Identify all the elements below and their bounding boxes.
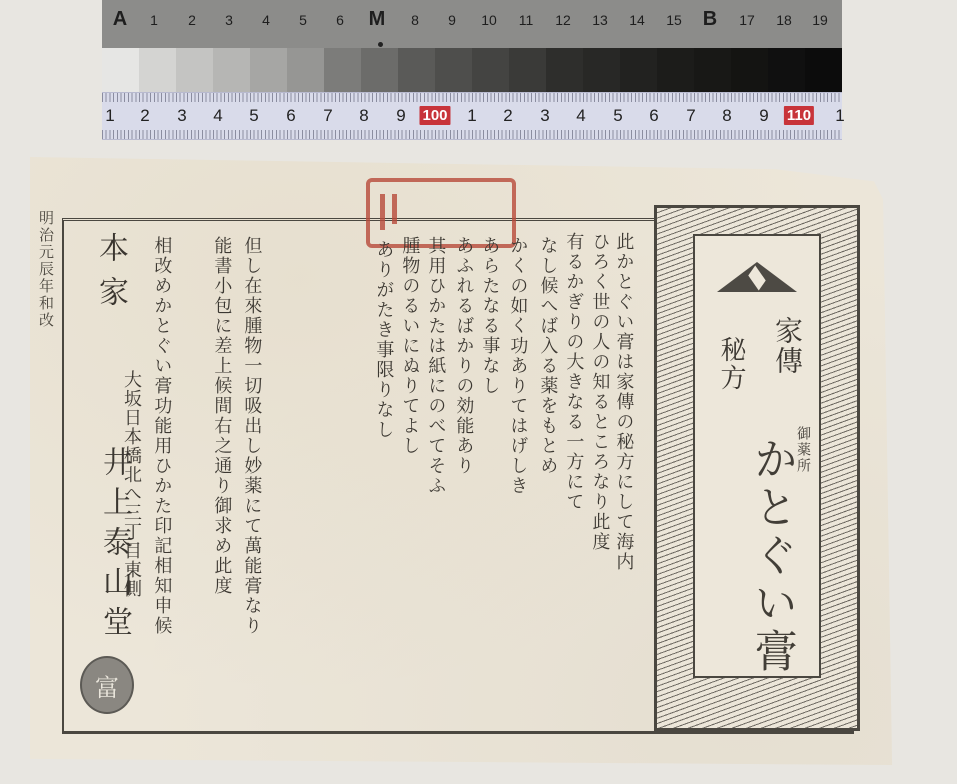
scale-label: 1 xyxy=(150,12,158,28)
text-column: 此かとぐい膏は家傳の秘方にして海内 xyxy=(612,232,635,572)
cartouche-line-right: 家傳 xyxy=(767,316,807,376)
gray-step-swatch xyxy=(768,48,805,92)
text-column: なし候へば入る薬をもとめ xyxy=(536,236,559,476)
text-column: ありがたき事限りなし xyxy=(372,240,395,440)
gray-step-swatch xyxy=(361,48,398,92)
ruler-number: 110 xyxy=(784,106,814,125)
mountain-logo-icon xyxy=(717,262,797,292)
text-column: かくの如く功ありてはげしき xyxy=(506,236,529,496)
text-column: あふれるばかりの効能あり xyxy=(452,236,475,476)
ruler-ticks-top xyxy=(102,93,842,102)
text-column: ひろく世の人の知るところなり此度 xyxy=(588,232,611,552)
scale-label: 18 xyxy=(776,12,792,28)
ruler-number: 100 xyxy=(419,106,450,125)
ruler-number: 1 xyxy=(835,106,844,126)
text-column: 能書小包に差上候間右之通り御求め此度 xyxy=(210,236,233,596)
scale-label: 11 xyxy=(519,12,534,28)
scale-label: 12 xyxy=(555,12,571,28)
gray-step-swatch xyxy=(657,48,694,92)
gray-step-swatch xyxy=(435,48,472,92)
scale-label: A xyxy=(113,8,127,31)
scale-label: 8 xyxy=(411,12,419,28)
ruler-number: 8 xyxy=(722,106,731,126)
scale-label: 19 xyxy=(812,12,828,28)
scale-label-strip: A123456M89101112131415B171819 xyxy=(102,0,842,50)
ruler-ticks-bottom xyxy=(102,130,842,139)
ruler-number: 6 xyxy=(649,106,658,126)
ruler-number: 6 xyxy=(286,106,295,126)
gray-step-swatch xyxy=(472,48,509,92)
ruler-number: 4 xyxy=(213,106,222,126)
scale-label: 15 xyxy=(666,12,682,28)
shop-name: 井上泰山堂 xyxy=(92,446,136,646)
scale-label: B xyxy=(703,8,717,31)
ruler-number: 3 xyxy=(540,106,549,126)
date-note: 明治元辰年和改 xyxy=(36,210,57,329)
ruler-number: 7 xyxy=(323,106,332,126)
ruler-number: 9 xyxy=(396,106,405,126)
ruler-number: 2 xyxy=(503,106,512,126)
text-column: 相改めかとぐい膏功能用ひかた印記相知申候 xyxy=(150,236,173,636)
ruler-number: 2 xyxy=(140,106,149,126)
gray-step-swatch xyxy=(102,48,139,92)
scale-label: 3 xyxy=(225,12,233,28)
ruler-number: 1 xyxy=(467,106,476,126)
gray-step-swatch xyxy=(805,48,842,92)
cartouche-line-left: 秘方 xyxy=(713,336,750,392)
ruler-number: 4 xyxy=(576,106,585,126)
gray-step-swatch xyxy=(731,48,768,92)
ruler-number: 7 xyxy=(686,106,695,126)
scale-label: M xyxy=(369,8,386,31)
gray-step-swatch xyxy=(398,48,435,92)
scale-label: 13 xyxy=(592,12,608,28)
gray-step-swatch xyxy=(250,48,287,92)
product-name: かとぐい膏 xyxy=(739,436,803,676)
gray-step-swatch xyxy=(583,48,620,92)
grayscale-steps xyxy=(102,48,842,92)
ruler-number: 1 xyxy=(105,106,114,126)
cartouche-panel: 家傳 秘方 御薬所 かとぐい膏 xyxy=(693,234,821,678)
seal-stroke xyxy=(380,194,385,230)
center-marker-dot xyxy=(378,42,383,47)
gray-step-swatch xyxy=(287,48,324,92)
ruler-number: 5 xyxy=(613,106,622,126)
gray-step-swatch xyxy=(509,48,546,92)
ruler-number: 3 xyxy=(177,106,186,126)
measurement-ruler: 1234567891001234567891101 xyxy=(102,92,842,140)
color-scale-target: A123456M89101112131415B171819 1234567891… xyxy=(102,0,842,140)
scale-label: 10 xyxy=(481,12,497,28)
text-column: 腫物のるいにぬりてよし xyxy=(398,236,421,456)
gray-step-swatch xyxy=(546,48,583,92)
seal-glyph: 富 xyxy=(95,668,119,703)
gray-step-swatch xyxy=(620,48,657,92)
ruler-number: 5 xyxy=(249,106,258,126)
gray-step-swatch xyxy=(324,48,361,92)
text-column: 但し在來腫物一切吸出し妙薬にて萬能膏なり xyxy=(240,236,263,636)
seal-stroke xyxy=(392,194,397,224)
text-column: 其用ひかたは紙にのべてそふ xyxy=(424,236,447,496)
scale-label: 5 xyxy=(299,12,307,28)
gray-step-swatch xyxy=(139,48,176,92)
gray-step-swatch xyxy=(213,48,250,92)
scale-label: 6 xyxy=(336,12,344,28)
round-shop-seal: 富 xyxy=(80,656,134,714)
main-shop-label: 本家 xyxy=(88,232,132,320)
scale-label: 2 xyxy=(188,12,196,28)
scale-label: 14 xyxy=(629,12,645,28)
gray-step-swatch xyxy=(176,48,213,92)
scale-label: 17 xyxy=(739,12,755,28)
ruler-number: 8 xyxy=(359,106,368,126)
scale-label: 4 xyxy=(262,12,270,28)
product-cartouche: 家傳 秘方 御薬所 かとぐい膏 xyxy=(654,205,860,731)
gray-step-swatch xyxy=(694,48,731,92)
text-column: あらたなる事なし xyxy=(478,236,501,396)
ruler-number: 9 xyxy=(759,106,768,126)
text-column: 有るかぎりの大きなる一方にて xyxy=(562,232,585,512)
scale-label: 9 xyxy=(448,12,456,28)
